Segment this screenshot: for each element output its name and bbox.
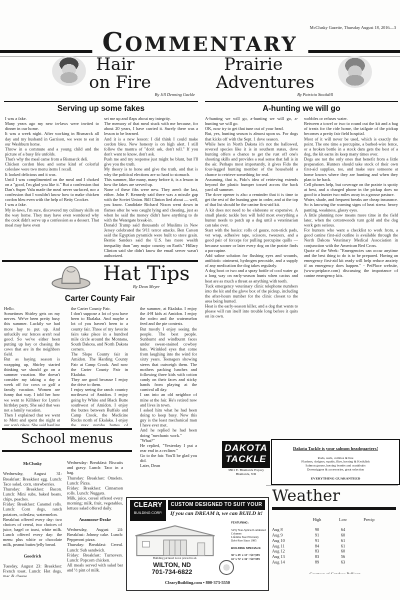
- right-colhead-rule: [205, 101, 398, 102]
- left-colhead-rule: [4, 101, 198, 102]
- cleary-banner: CUSTOM DESIGNED TO SUIT YOUR NEEDS: [168, 500, 265, 510]
- weather-col-high: High: [304, 517, 330, 522]
- cleary-logo-subtext: BUILDING CORP.: [130, 511, 166, 515]
- school-menus-col1: McClusky Wednesday, August 31: Breakfast…: [3, 455, 62, 577]
- weather-credit: Courtesy of Candace Pellican: [272, 571, 398, 574]
- dakota-logo-line1: DAKOTA: [222, 443, 270, 454]
- hair-on-fire-col1: I was a fake. Many years ago my new in-l…: [5, 116, 99, 257]
- hat-tips-col1: Hello. Sometimes Shirley gets on my nerv…: [4, 306, 60, 426]
- cleary-footer: ClearyBuilding.com • 800-373-5550: [129, 580, 266, 588]
- weather-row: Aug 148963: [272, 559, 398, 564]
- building-illustration: [131, 523, 219, 557]
- hat-tips-byline: By Dean Meyer: [95, 284, 198, 291]
- cleary-specials-list: 30' x 45' x 13' • $17,995 42' x 72' x 16…: [231, 554, 266, 560]
- school-name-mcclusky: McClusky: [3, 461, 62, 466]
- hat-tips-headline: Carter County Fair: [2, 294, 198, 303]
- weather-table-rows: Aug 89064Aug 99160Aug 109161Aug 118461Au…: [272, 527, 398, 565]
- school-menu-goodrich-part1: Tuesday, August 23: Breakfast: French to…: [3, 563, 62, 577]
- left-article-headline: Serving up some fakes: [4, 104, 198, 113]
- weather-rule: [272, 507, 396, 510]
- cleary-phone: 701-734-6822: [137, 569, 207, 576]
- cleary-city: WILTON, ND: [137, 562, 207, 569]
- prairie-byline: By Patricia Stockdill: [233, 92, 333, 99]
- weather-table: High Low Precip Aug 89064Aug 99160Aug 10…: [272, 512, 398, 574]
- cleary-tagline: If you can DREAM it, we can BUILD it!: [168, 511, 265, 517]
- school-menus-col2: Wednesday: Breakfast: Biscuits and gravy…: [67, 455, 123, 580]
- newspaper-commentary-page: McClusky Gazette, Thursday August 18, 20…: [0, 0, 400, 600]
- school-menu-anamoose-drake: Wednesday, August 24: Breakfast: Johnny …: [67, 527, 123, 573]
- hair-on-fire-title-line2: on Fire: [89, 74, 151, 92]
- prairie-col2: wobbles or refuses water. Between a towe…: [304, 116, 398, 435]
- jill-portrait-photo: [52, 56, 86, 86]
- dakota-ad-lines: Rods, reels, combos & line Flashers, dod…: [274, 456, 397, 471]
- cleary-building-ad: CLEARY BUILDING CORP. CUSTOM DESIGNED TO…: [126, 497, 269, 591]
- patricia-portrait-photo: [338, 56, 372, 88]
- prairie-title-line1: Prairie: [224, 56, 283, 74]
- hat-tips-col2: the Carter County Fair. I don't suppose …: [71, 306, 128, 426]
- hat-tips-title: Hat Tips: [95, 261, 198, 285]
- prairie-col1: A-hunting we will go, a-hunting we will …: [205, 116, 298, 435]
- cleary-seal: [219, 560, 234, 575]
- weather-col-low: Low: [330, 517, 356, 522]
- cowboy-hat-image: [50, 263, 92, 291]
- weather-title: Weather: [272, 486, 340, 505]
- hair-on-fire-title-line1: Hair: [96, 56, 135, 74]
- hair-on-fire-col2: set me up and flaps about my integrity. …: [104, 116, 198, 257]
- hat-tips-col3: the summer, at Ekalaka. I enjoy the 4-H …: [140, 306, 197, 490]
- school-menu-mcclusky: Wednesday, August 31: Breakfast: Breakfa…: [3, 471, 62, 547]
- weather-header-row: High Low Precip: [272, 517, 398, 522]
- dakota-ad-guarantee: EVERYTHING GUARANTEED: [274, 477, 397, 481]
- school-menu-goodrich-part2: Wednesday: Breakfast: Biscuits and gravy…: [67, 460, 123, 511]
- dakota-tackle-ad: Dakota Tackle is your salmon headquarter…: [271, 439, 400, 485]
- cleary-featuring-list: 3-Ply Non-Spliced Laminated Columns Life…: [231, 529, 266, 543]
- dakota-logo-line2: TACKLE: [222, 454, 270, 465]
- cleary-featuring: FEATURING: 3-Ply Non-Spliced Laminated C…: [231, 518, 266, 560]
- school-name-anamoose-drake: Anamoose-Drake: [67, 517, 123, 522]
- prairie-title-line2: Adventures: [216, 74, 314, 92]
- cleary-featuring-label: FEATURING:: [231, 522, 266, 526]
- school-menus-bottom-rule: [2, 450, 132, 452]
- school-menus-top-rule: [2, 428, 132, 430]
- cleary-logo: CLEARY BUILDING CORP.: [130, 500, 166, 521]
- dakota-tackle-logo: DAKOTA TACKLE: [222, 441, 270, 468]
- cleary-logo-text: CLEARY: [130, 500, 166, 511]
- section-title: Commentary: [92, 31, 308, 56]
- school-name-goodrich: Goodrich: [3, 553, 62, 558]
- school-menus-title: School menus: [2, 432, 132, 447]
- hair-on-fire-byline: By Jill Denning Gackle: [95, 92, 195, 99]
- dakota-ad-headline: Dakota Tackle is your salmon headquarter…: [274, 446, 397, 451]
- right-article-headline: A-hunting we will go: [205, 104, 398, 113]
- dakota-tackle-address: 3801 E. Bismarck Expwy Bismarck, ND: [220, 468, 272, 484]
- cleary-specials-label: BUILDING SPECIALS:: [231, 547, 266, 551]
- weather-col-precip: Precip: [356, 517, 382, 522]
